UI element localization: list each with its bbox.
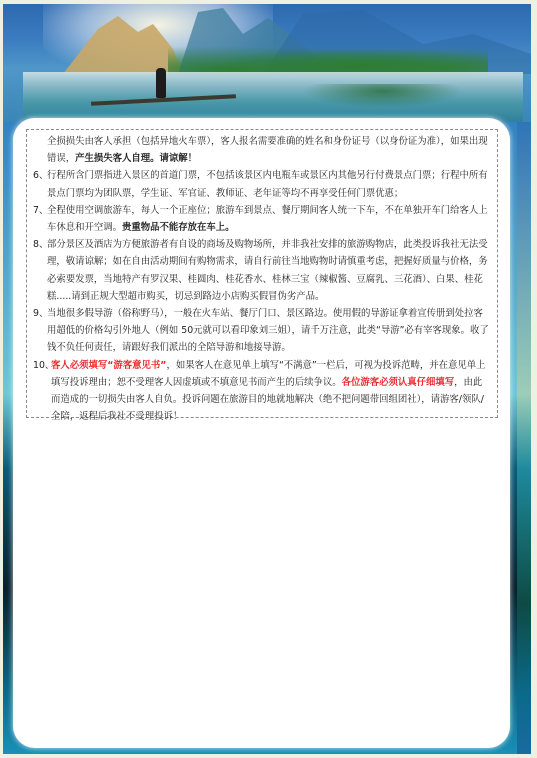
item-text: 当地很多假导游（俗称野马），一般在火车站、餐厅门口、景区路边。使用假的导游证拿着… xyxy=(47,308,489,353)
fisherman-figure xyxy=(156,68,166,98)
item-number: 7、 xyxy=(33,202,48,219)
item-red-text: 客人必须填写“游客意见书” xyxy=(51,360,166,371)
item-text: 部分景区及酒店为方便旅游者有自设的商场及购物场所，并非我社安排的旅游购物店，此类… xyxy=(47,239,488,302)
notice-item-8: 8、 部分景区及酒店为方便旅游者有自设的商场及购物场所，并非我社安排的旅游购物店… xyxy=(33,236,491,305)
notice-intro: 全损损失由客人承担（包括异地火车票），客人报名需要准确的姓名和身份证号（以身份证… xyxy=(33,133,491,167)
notice-item-7: 7、 全程使用空调旅游车，每人一个正座位；旅游车到景点、餐厅期间客人统一下车，不… xyxy=(33,202,491,236)
item-number: 6、 xyxy=(33,167,48,184)
item-number: 8、 xyxy=(33,236,48,253)
tree-line xyxy=(168,42,488,76)
item-number: 9、 xyxy=(33,305,48,322)
item-text-bold: 贵重物品不能存放在车上。 xyxy=(122,222,235,233)
banner-image xyxy=(3,4,531,122)
intro-text-b: 产生损失客人自理。请谅解！ xyxy=(75,153,197,164)
item-text: 全程使用空调旅游车，每人一个正座位；旅游车到景点、餐厅期间客人统一下车，不在单独… xyxy=(47,205,488,233)
notice-item-9: 9、 当地很多假导游（俗称野马），一般在火车站、餐厅门口、景区路边。使用假的导游… xyxy=(33,305,491,357)
item-text: 行程所含门票指进入景区的首道门票，不包括该景区内电瓶车或景区内其他另行付费景点门… xyxy=(47,170,488,198)
notice-box: 全损损失由客人承担（包括异地火车票），客人报名需要准确的姓名和身份证号（以身份证… xyxy=(26,129,498,418)
notice-item-10: 10、 客人必须填写“游客意见书”，如果客人在意见单上填写“不满意”一栏后，可视… xyxy=(33,357,491,426)
tree-reflection xyxy=(303,84,463,108)
notice-item-6: 6、 行程所含门票指进入景区的首道门票，不包括该景区内电瓶车或景区内其他另行付费… xyxy=(33,167,491,201)
item-number: 10、 xyxy=(33,357,54,374)
item-red-text: 各位游客必须认真仔细填写 xyxy=(342,377,455,388)
